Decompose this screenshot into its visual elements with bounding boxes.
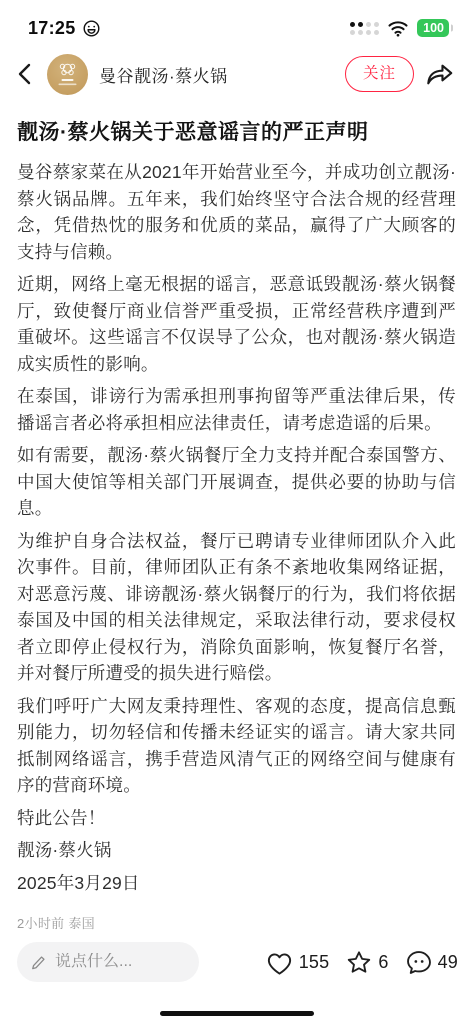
like-button[interactable]: 155 [265, 949, 330, 976]
pencil-icon [30, 954, 47, 971]
post-paragraph: 曼谷蔡家菜在从2021年开始营业至今，并成功创立靓汤·蔡火锅品牌。五年来，我们始… [17, 159, 456, 265]
comment-count: 49 [438, 952, 458, 973]
post-paragraph: 我们呼吁广大网友秉持理性、客观的态度，提高信息甄别能力，切勿轻信和传播未经证实的… [17, 693, 456, 799]
status-time: 17:25 [28, 18, 76, 39]
smiley-face-icon [82, 19, 101, 38]
star-icon [345, 949, 373, 976]
heart-icon [265, 949, 294, 976]
post-paragraph: 近期，网络上毫无根据的谣言，恶意诋毁靓汤·蔡火锅餐厅，致使餐厅商业信誉严重受损，… [17, 271, 456, 377]
post-meta-timestamp: 2小时前 泰国 [17, 915, 456, 933]
comment-input[interactable] [55, 953, 165, 971]
status-bar: 17:25 [0, 0, 473, 46]
battery-indicator: 100 [417, 19, 449, 37]
like-count: 155 [299, 952, 330, 973]
back-button[interactable] [14, 61, 36, 87]
post-paragraph: 为维护自身合法权益，餐厅已聘请专业律师团队介入此次事件。目前，律师团队正有条不紊… [17, 528, 456, 687]
post-paragraph: 靓汤·蔡火锅 [17, 837, 456, 864]
post-content: 靓汤·蔡火锅关于恶意谣言的严正声明 曼谷蔡家菜在从2021年开始营业至今，并成功… [0, 118, 473, 933]
post-paragraph: 如有需要，靓汤·蔡火锅餐厅全力支持并配合泰国警方、中国大使馆等相关部门开展调查，… [17, 442, 456, 522]
comment-input-pill[interactable] [17, 942, 199, 982]
wifi-icon [387, 20, 409, 37]
collect-button[interactable]: 6 [345, 949, 388, 976]
post-paragraph: 特此公告！ [17, 805, 456, 832]
follow-button[interactable]: 关注 [345, 56, 414, 92]
home-indicator[interactable] [160, 1011, 314, 1016]
post-header: 曼谷靓汤·蔡火锅 关注 [0, 46, 473, 102]
comment-button[interactable]: 49 [405, 949, 458, 976]
engagement-actions: 155 6 49 [265, 942, 458, 982]
author-avatar[interactable] [47, 54, 88, 95]
collect-count: 6 [378, 952, 388, 973]
post-paragraph: 在泰国，诽谤行为需承担刑事拘留等严重法律后果，传播谣言者必将承担相应法律责任，请… [17, 383, 456, 436]
share-button[interactable] [425, 61, 455, 88]
post-paragraph: 2025年3月29日 [17, 870, 456, 897]
status-time-group: 17:25 [28, 18, 101, 39]
author-name[interactable]: 曼谷靓汤·蔡火锅 [99, 62, 334, 87]
phone-screen: 17:25 [0, 0, 473, 1024]
status-right-icons: 100 [350, 19, 449, 37]
comment-bubble-icon [405, 949, 433, 976]
cellular-signal-icon [350, 22, 379, 35]
post-paragraphs: 曼谷蔡家菜在从2021年开始营业至今，并成功创立靓汤·蔡火锅品牌。五年来，我们始… [17, 159, 456, 896]
post-title: 靓汤·蔡火锅关于恶意谣言的严正声明 [17, 118, 456, 148]
